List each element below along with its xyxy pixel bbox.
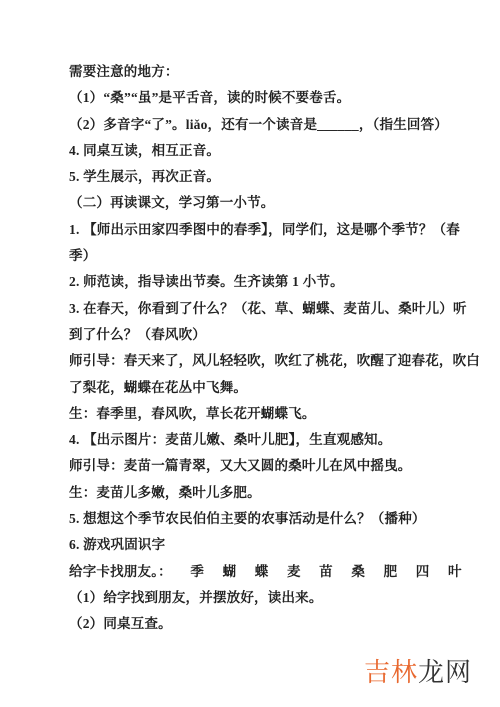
text-line: 生：麦苗儿多嫩，桑叶儿多肥。: [69, 480, 469, 506]
character-cards-row: 给字卡找朋友。： 季 蝴 蝶 麦 苗 桑 肥 四 叶: [69, 559, 469, 585]
text-line: 季）: [69, 243, 469, 269]
text-line: （1）“桑”“虽”是平舌音，读的时候不要卷舌。: [69, 85, 469, 111]
character-card: 蝴: [223, 559, 237, 585]
character-card: 四: [416, 559, 430, 585]
character-card: 叶: [448, 559, 462, 585]
character-card: 蝶: [255, 559, 269, 585]
text-line: 5. 学生展示，再次正音。: [69, 164, 469, 190]
text-line: 5. 想想这个季节农民伯伯主要的农事活动是什么？（播种）: [69, 506, 469, 532]
watermark-brand-longwang: 龙网: [418, 657, 472, 687]
text-line: 到了什么？（春风吹）: [69, 322, 469, 348]
text-line: 4. 【出示图片：麦苗儿嫩、桑叶儿肥】，生直观感知。: [69, 427, 469, 453]
text-line: 3. 在春天，你看到了什么？（花、草、蝴蝶、麦苗儿、桑叶儿）听: [69, 296, 469, 322]
text-line: 师引导：麦苗一篇青翠，又大又圆的桑叶儿在风中摇曳。: [69, 453, 469, 479]
text-line: 生：春季里，春风吹，草长花开蝴蝶飞。: [69, 401, 469, 427]
cards-label: 给字卡找朋友。：: [69, 559, 172, 585]
text-line: 6. 游戏巩固识字: [69, 532, 469, 558]
document-body: 需要注意的地方： （1）“桑”“虽”是平舌音，读的时候不要卷舌。 （2）多音字“…: [69, 59, 469, 638]
text-line: （2）同桌互查。: [69, 611, 469, 637]
text-line: 了梨花，蝴蝶在花丛中飞舞。: [69, 375, 469, 401]
text-line: （二）再读课文，学习第一小节。: [69, 190, 469, 216]
character-card: 肥: [384, 559, 398, 585]
text-line: 1. 【师出示田家四季图中的春季】，同学们，这是哪个季节？（春: [69, 217, 469, 243]
text-line: 师引导：春天来了，风儿轻轻吹，吹红了桃花，吹醒了迎春花，吹白: [69, 348, 469, 374]
text-line: 需要注意的地方：: [69, 59, 469, 85]
character-card: 桑: [351, 559, 365, 585]
watermark-brand-jilin: 吉林: [364, 657, 418, 687]
text-line: 4. 同桌互读，相互正音。: [69, 138, 469, 164]
character-card: 麦: [287, 559, 301, 585]
character-card: 苗: [319, 559, 333, 585]
text-line: （2）多音字“了”。liǎo，还有一个读音是______，（指生回答）: [69, 112, 469, 138]
document-page: 需要注意的地方： （1）“桑”“虽”是平舌音，读的时候不要卷舌。 （2）多音字“…: [0, 0, 500, 707]
watermark: 吉林龙网: [364, 652, 472, 689]
text-line: （1）给字找到朋友，并摆放好，读出来。: [69, 585, 469, 611]
character-card: 季: [190, 559, 204, 585]
text-line: 2. 师范读，指导读出节奏。生齐读第 1 小节。: [69, 269, 469, 295]
